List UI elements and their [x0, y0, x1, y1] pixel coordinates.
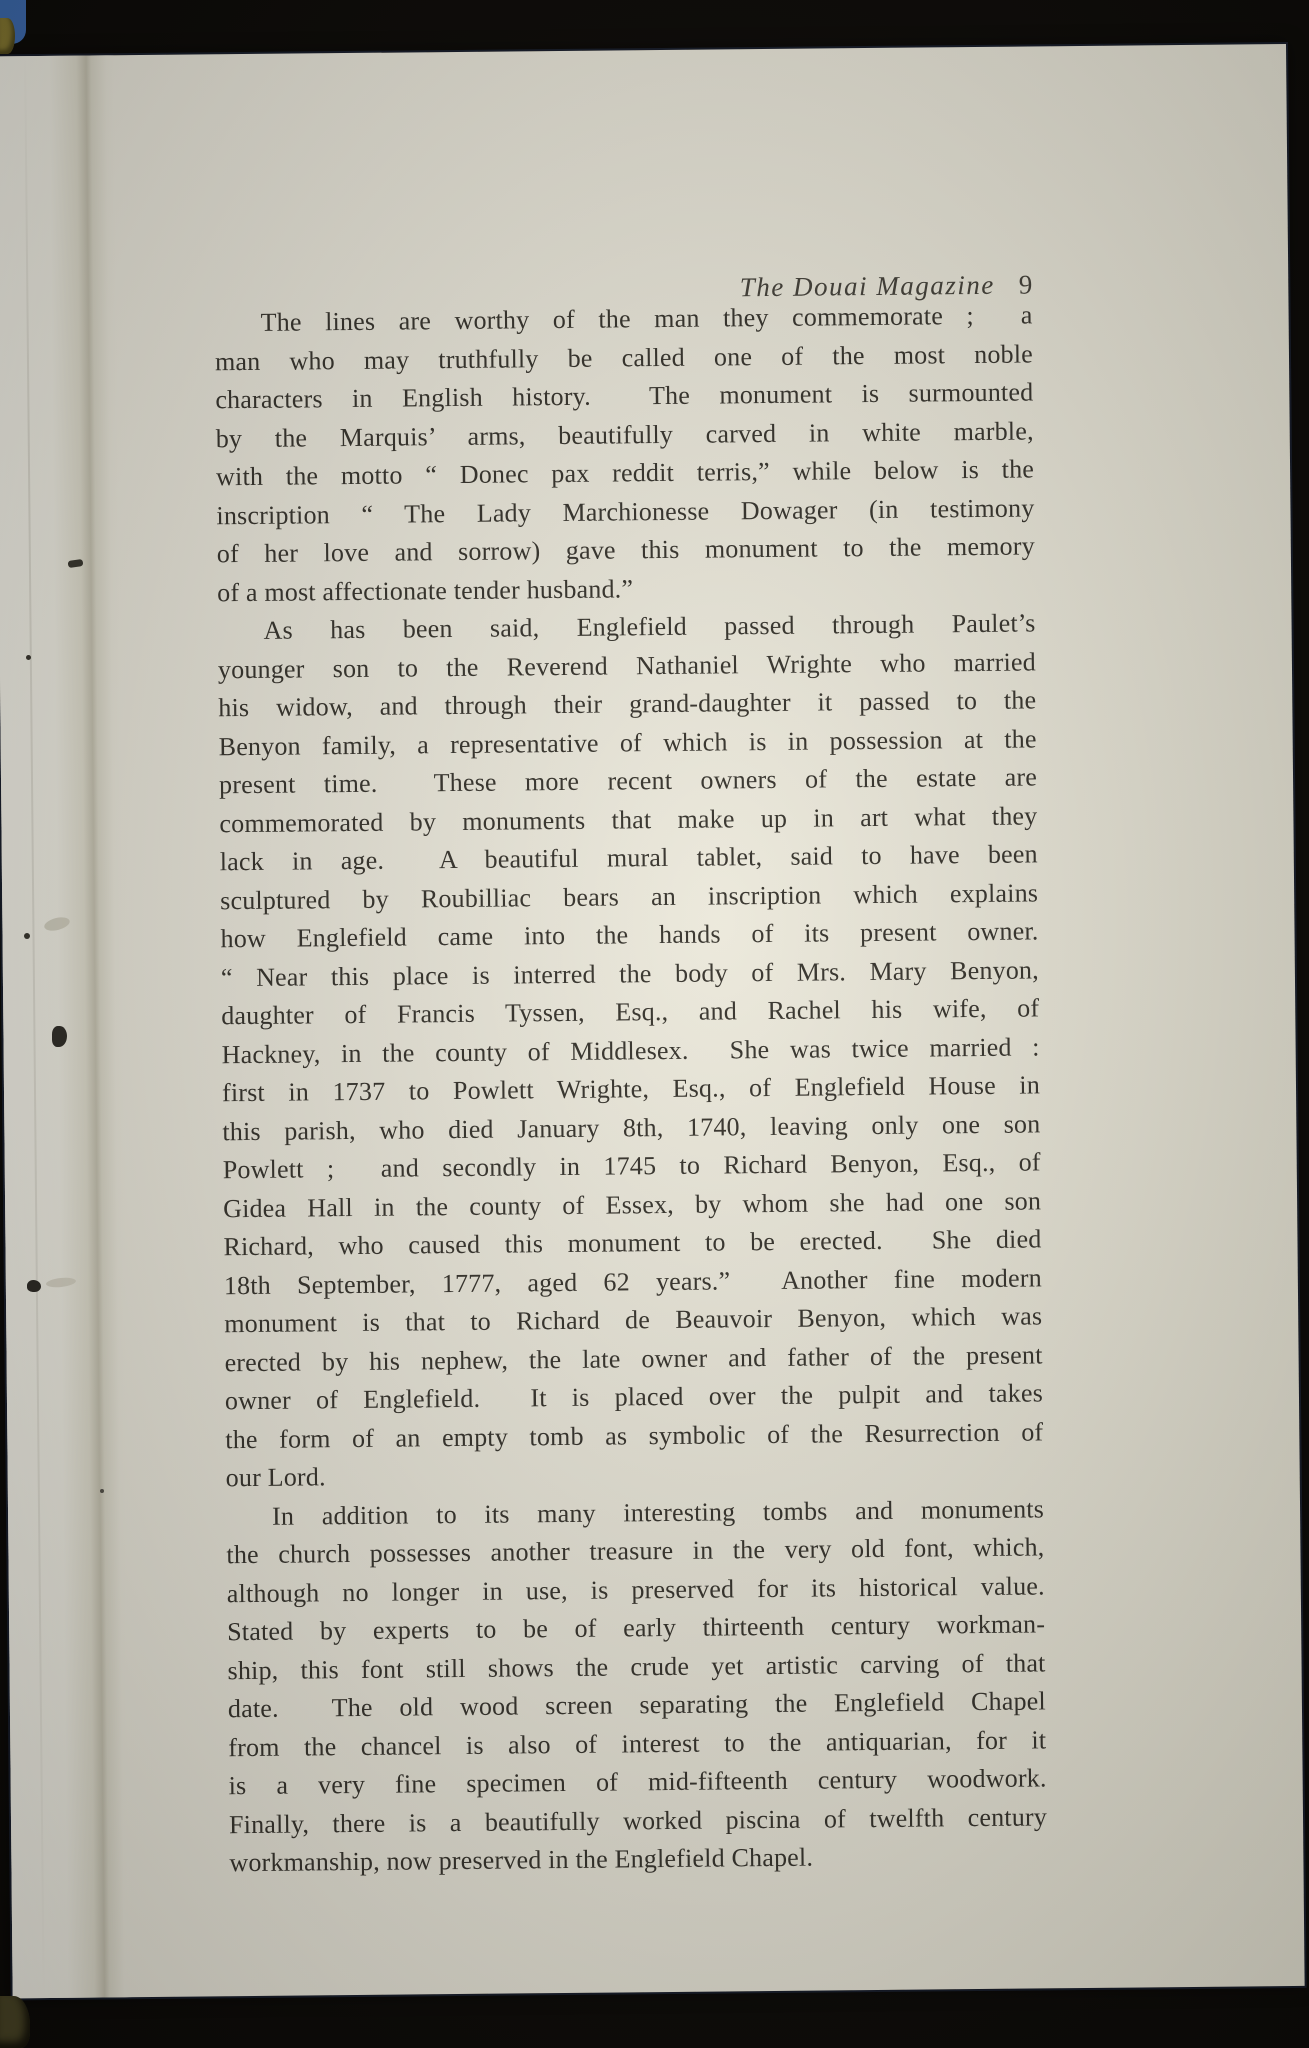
ink-speck — [100, 1489, 104, 1493]
ink-speck — [27, 1280, 41, 1292]
paragraph: As has been said, Englefield passed thro… — [217, 604, 1043, 1497]
top-left-stain — [0, 18, 15, 54]
magazine-page: The Douai Magazine9 The lines are worthy… — [0, 44, 1305, 1998]
paragraph: The lines are worthy of the man they com… — [214, 296, 1035, 612]
bottom-left-stain — [0, 1996, 30, 2048]
text-line: the form of an empty tomb as symbolic of… — [225, 1413, 1043, 1459]
text-line: Finally, there is a beautifully worked p… — [229, 1798, 1047, 1844]
text-block: The lines are worthy of the man they com… — [214, 296, 1047, 1882]
running-header: The Douai Magazine9 — [214, 226, 1032, 273]
paragraph: In addition to its many interesting tomb… — [226, 1490, 1048, 1883]
text-line: of her love and sorrow) gave this monume… — [217, 527, 1035, 573]
text-line: workmanship, now preserved in the Englef… — [229, 1836, 1047, 1882]
ink-speck — [24, 933, 30, 939]
page-fold-gutter — [0, 55, 133, 1998]
ink-speck — [26, 655, 31, 660]
book-scan: The Douai Magazine9 The lines are worthy… — [0, 0, 1309, 2048]
